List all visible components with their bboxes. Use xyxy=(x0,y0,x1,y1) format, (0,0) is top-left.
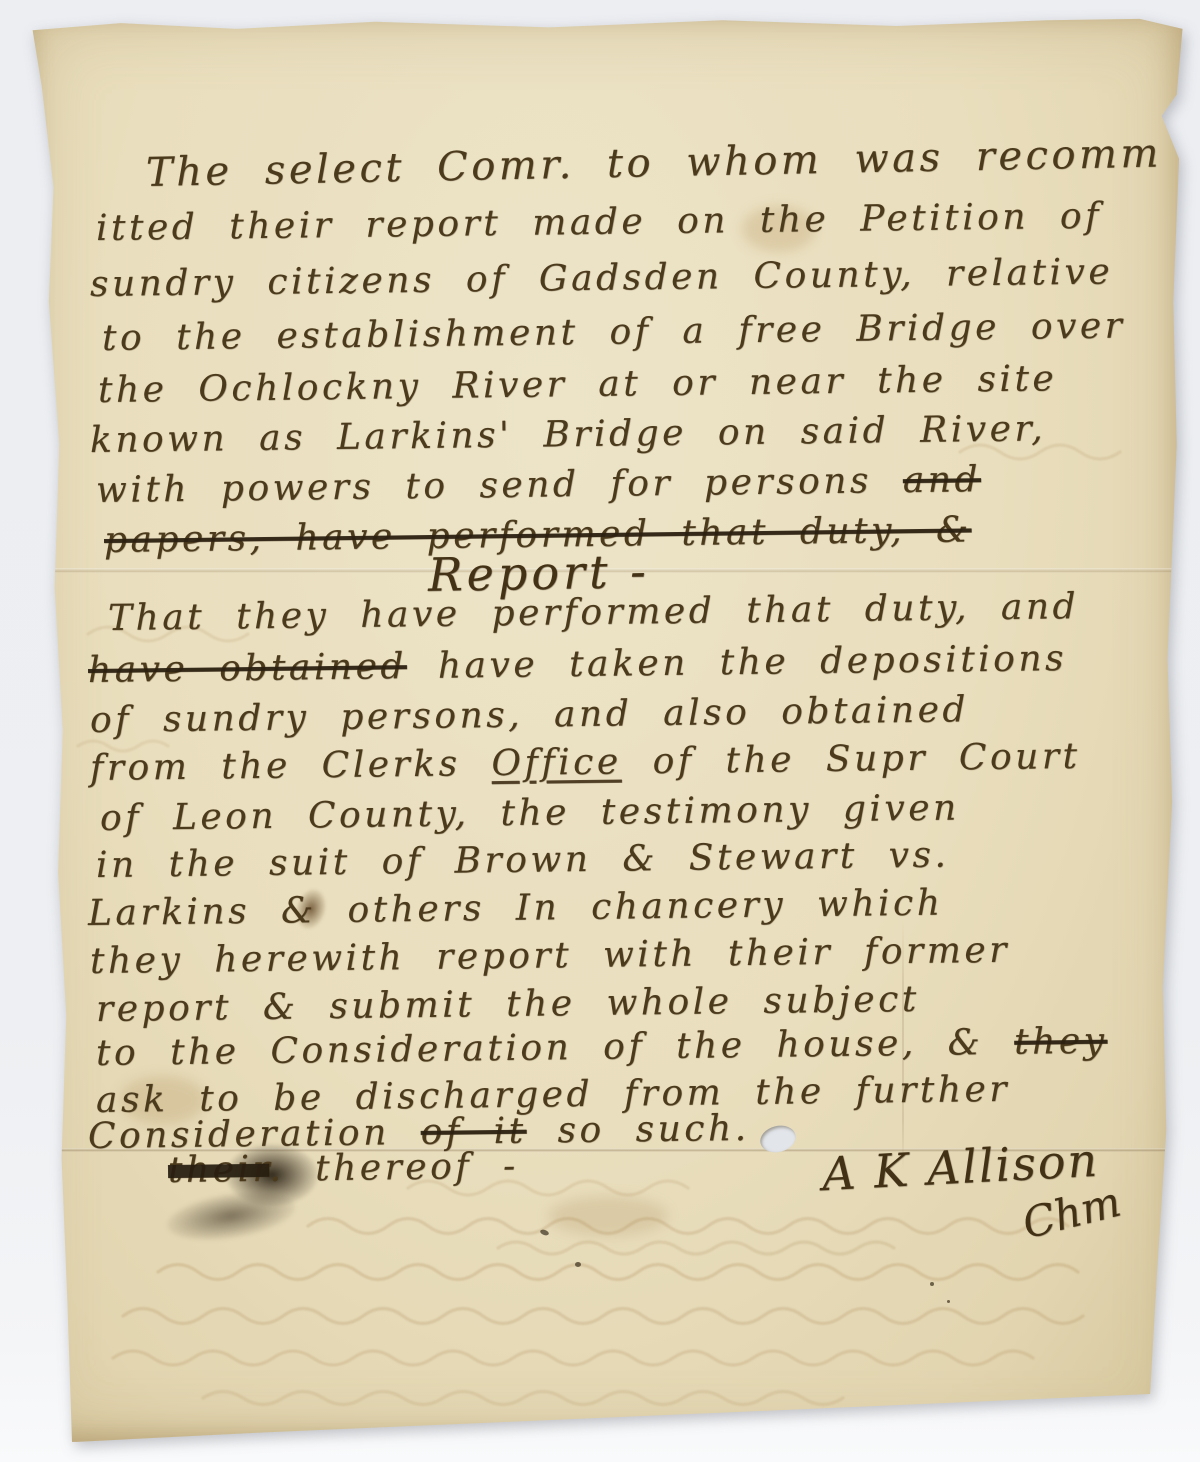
text-segment: in the suit of Brown & Stewart vs. xyxy=(96,835,950,886)
text-segment: of sundry persons, and also obtained xyxy=(90,689,969,741)
manuscript-line: known as Larkins' Bridge on said River, xyxy=(90,408,1047,461)
text-segment: report & submit the whole subject xyxy=(96,979,920,1030)
text-segment: of Leon County, the testimony given xyxy=(100,787,960,839)
manuscript-line: in the suit of Brown & Stewart vs. xyxy=(96,835,950,886)
text-segment: That they have performed that duty, and xyxy=(108,586,1080,639)
manuscript-line: report & submit the whole subject xyxy=(96,979,920,1030)
text-segment: from the Clerks xyxy=(90,743,492,789)
manuscript-line: the Ochlockny River at or near the site xyxy=(98,358,1058,411)
scanned-document-page: The select Comr. to whom was recomm itte… xyxy=(0,0,1200,1462)
manuscript-line: Larkins & others In chancery which xyxy=(88,883,944,934)
text-segment: the Ochlockny River at or near the site xyxy=(98,358,1058,411)
manuscript-line: The select Comr. to whom was recomm xyxy=(146,130,1163,195)
text-segment: they herewith report with their former xyxy=(90,930,1010,982)
text-segment-underline: Office xyxy=(491,742,622,785)
manuscript-line: That they have performed that duty, and xyxy=(108,586,1080,639)
text-segment: itted their report made on the Petition … xyxy=(96,196,1102,249)
text-segment: known as Larkins' Bridge on said River, xyxy=(90,408,1047,461)
manuscript-text-layer: The select Comr. to whom was recomm itte… xyxy=(0,0,1200,1462)
manuscript-line: to the Consideration of the house, & the… xyxy=(96,1021,1108,1074)
text-segment-strike: they xyxy=(1014,1021,1108,1063)
manuscript-line: itted their report made on the Petition … xyxy=(96,196,1102,249)
manuscript-line: of Leon County, the testimony given xyxy=(100,787,960,839)
manuscript-line: of sundry persons, and also obtained xyxy=(90,689,969,741)
text-segment: Larkins & others In chancery which xyxy=(88,883,944,934)
manuscript-line: from the Clerks Office of the Supr Court xyxy=(90,736,1081,789)
text-segment: The select Comr. to whom was recomm xyxy=(146,130,1163,195)
manuscript-line: with powers to send for persons and xyxy=(96,459,982,511)
text-segment: so such. xyxy=(526,1108,749,1152)
text-segment-strike: and xyxy=(903,459,982,501)
manuscript-line: they herewith report with their former xyxy=(90,930,1010,982)
text-segment: of the Supr Court xyxy=(621,736,1080,783)
text-segment: to the establishment of a free Bridge ov… xyxy=(102,305,1126,359)
manuscript-line: to the establishment of a free Bridge ov… xyxy=(102,305,1126,359)
text-segment: have taken the depositions xyxy=(407,638,1068,687)
text-segment: sundry citizens of Gadsden County, relat… xyxy=(90,252,1114,305)
manuscript-line: sundry citizens of Gadsden County, relat… xyxy=(90,252,1114,305)
text-segment-strike: have obtained xyxy=(88,646,407,691)
text-segment-scribble: their xyxy=(168,1149,270,1191)
text-segment: with powers to send for persons xyxy=(96,460,903,511)
text-segment: to the Consideration of the house, & xyxy=(96,1022,1015,1074)
manuscript-line: have obtained have taken the depositions xyxy=(88,638,1068,691)
manuscript-line: their. thereof - xyxy=(168,1146,519,1191)
text-segment: . thereof - xyxy=(269,1146,519,1190)
